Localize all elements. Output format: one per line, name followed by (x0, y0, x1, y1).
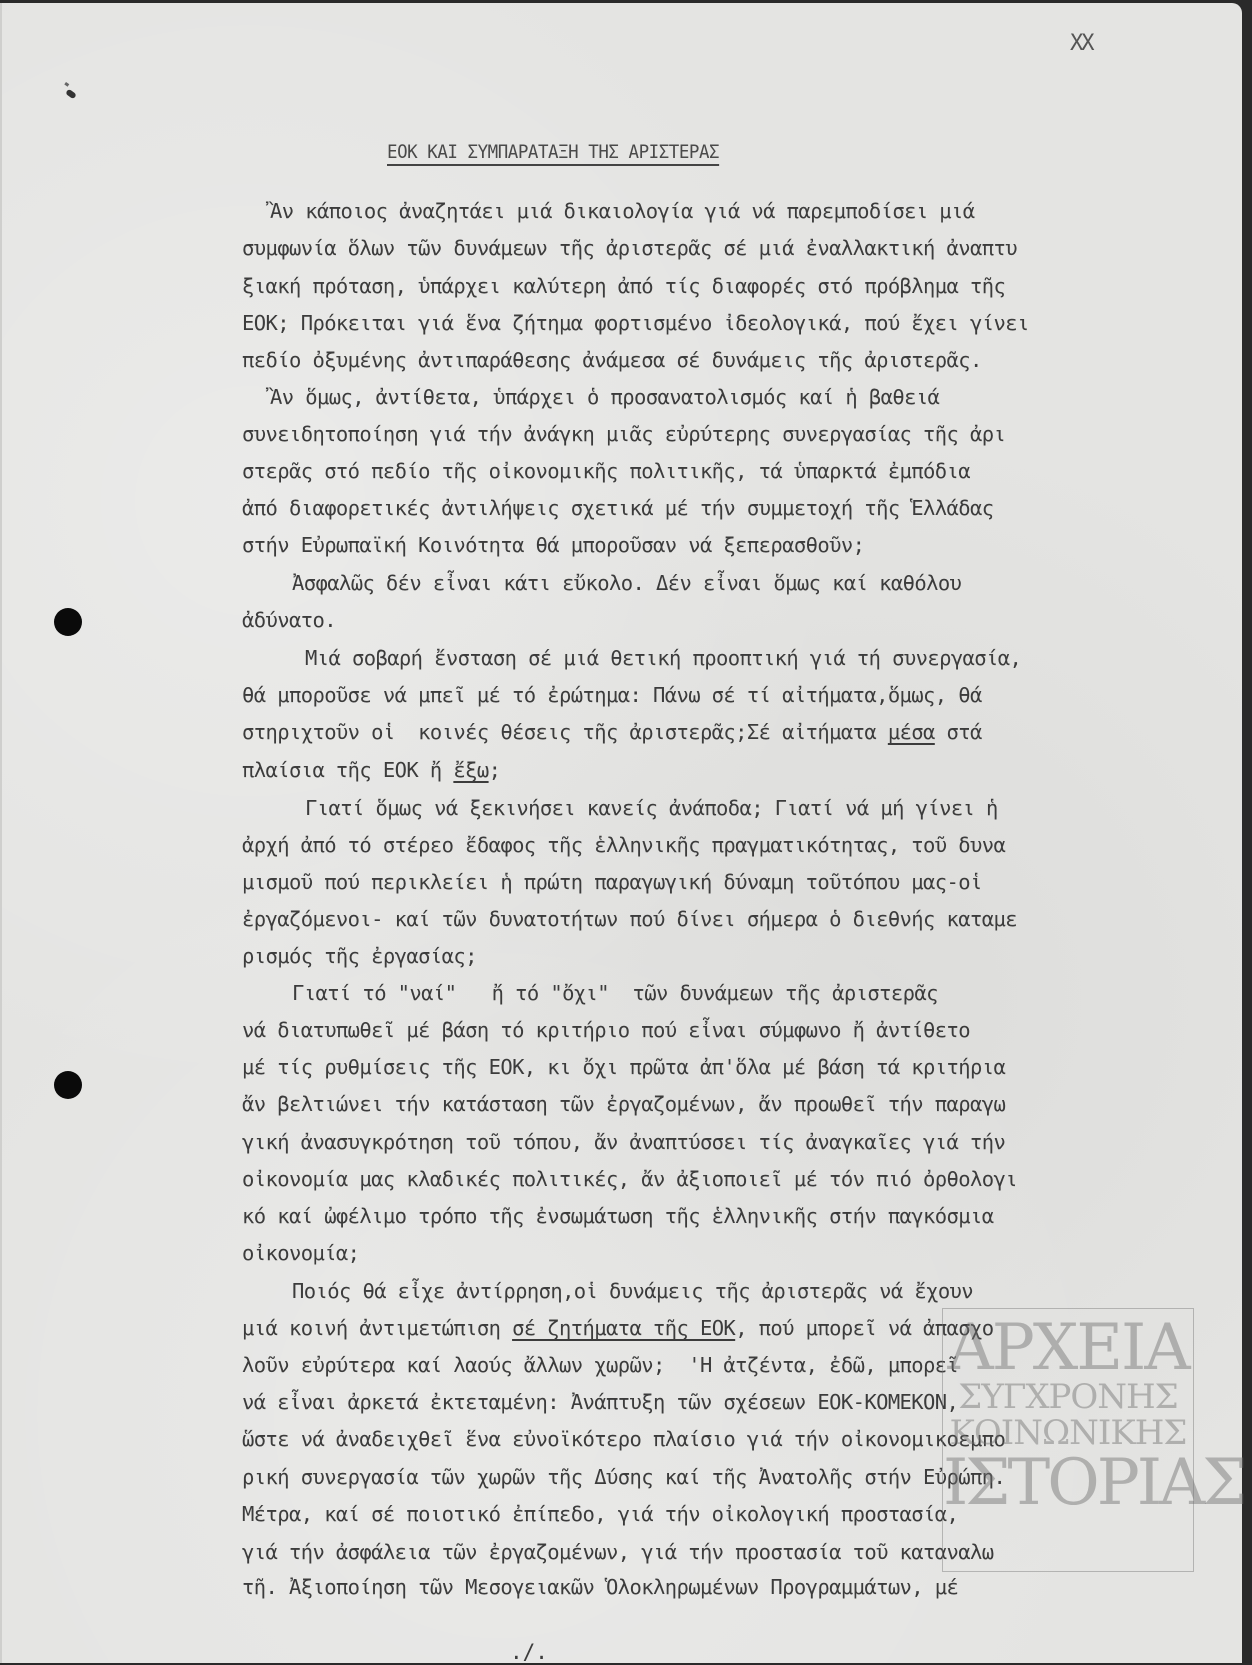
text-line: ἀπό διαφορετικές ἀντιλήψεις σχετικά μέ τ… (242, 496, 994, 520)
text-line: Ποιός θά εἶχε ἀντίρρηση,οἱ δυνάμεις τῆς … (292, 1279, 973, 1303)
text-line: ἀδύνατο. (242, 608, 336, 632)
underlined-text: ἔξω (453, 758, 488, 782)
text-line: οἰκονομία μας κλαδικές πολιτικές, ἄν ἀξι… (242, 1167, 1017, 1191)
document-title: ΕΟΚ ΚΑΙ ΣΥΜΠΑΡΑΤΑΞΗ ΤΗΣ ΑΡΙΣΤΕΡΑΣ (387, 141, 719, 166)
text-line: Ἂν ὅμως, ἀντίθετα, ὑπάρχει ὁ προσανατολι… (270, 385, 939, 409)
text-line: μισμοῦ πού περικλείει ἡ πρώτη παραγωγική… (242, 870, 982, 894)
text-line: νά εἶναι ἀρκετά ἐκτεταμένη: Ἀνάπτυξη τῶν… (242, 1390, 958, 1414)
text-line: Γιατί τό "ναί" ἤ τό "ὄχι" τῶν δυνάμεων τ… (292, 981, 938, 1005)
text-line: ὥστε νά ἀναδειχθεῖ ἕνα εὐνοϊκότερο πλαίσ… (242, 1427, 1005, 1451)
text-line: θά μποροῦσε νά μπεῖ μέ τό ἐρώτημα: Πάνω … (242, 683, 982, 707)
text-line: στερᾶς στό πεδίο τῆς οἰκονομικῆς πολιτικ… (242, 459, 970, 483)
text-line: κό καί ὠφέλιμο τρόπο τῆς ἐνσωμάτωση τῆς … (242, 1204, 994, 1228)
text-line: πλαίσια τῆς ΕΟΚ ἤ ἔξω; (242, 758, 500, 782)
document-page: XX ΕΟΚ ΚΑΙ ΣΥΜΠΑΡΑΤΑΞΗ ΤΗΣ ΑΡΙΣΤΕΡΑΣ Ἂν … (0, 3, 1242, 1663)
text-line: ΕΟΚ; Πρόκειται γιά ἕνα ζήτημα φορτισμένο… (242, 311, 1029, 335)
text-line: ρισμός τῆς ἐργασίας; (242, 944, 477, 968)
text-line: οἰκονομία; (242, 1241, 359, 1265)
underlined-text: σέ ζητήματα τῆς ΕΟΚ (512, 1316, 735, 1340)
punch-hole (54, 608, 82, 636)
text-line: τῆ. Ἀξιοποίηση τῶν Μεσογειακῶν Ὁλοκληρωμ… (242, 1575, 958, 1599)
text-line: λοῦν εὐρύτερα καί λαούς ἄλλων χωρῶν; 'Η … (242, 1353, 958, 1377)
text-line: Μιά σοβαρή ἔνσταση σέ μιά θετική προοπτι… (305, 646, 1021, 670)
text-line: Ἀσφαλῶς δέν εἶναι κάτι εὔκολο. Δέν εἶναι… (292, 571, 961, 595)
text-line: Ἂν κάποιος ἀναζητάει μιά δικαιολογία γιά… (270, 199, 975, 223)
text-line: πεδίο ὀξυμένης ἀντιπαράθεσης ἀνάμεσα σέ … (242, 348, 982, 372)
text-line: ξιακή πρόταση, ὑπάρχει καλύτερη ἀπό τίς … (242, 274, 1005, 298)
underlined-text: μέσα (888, 720, 935, 744)
text-line: ρική συνεργασία τῶν χωρῶν τῆς Δύσης καί … (242, 1465, 1005, 1489)
text-line: συνειδητοποίηση γιά τήν ἀνάγκη μιᾶς εὐρύ… (242, 422, 1005, 446)
text-line: Γιατί ὅμως νά ξεκινήσει κανείς ἀνάποδα; … (305, 796, 998, 820)
text-line: μιά κοινή ἀντιμετώπιση σέ ζητήματα τῆς Ε… (242, 1316, 994, 1340)
text-line: ἐργαζόμενοι- καί τῶν δυνατοτήτων πού δίν… (242, 907, 1017, 931)
text-line: ἀρχή ἀπό τό στέρεο ἔδαφος τῆς ἑλληνικῆς … (242, 833, 1005, 857)
page-continuation-mark: ./. (510, 1640, 548, 1664)
page-mark: XX (1070, 31, 1093, 56)
text-line: νά διατυπωθεῖ μέ βάση τό κριτήριο πού εἶ… (242, 1018, 970, 1042)
text-line: γιά τήν ἀσφάλεια τῶν ἐργαζομένων, γιά τή… (242, 1540, 994, 1564)
text-line: συμφωνία ὅλων τῶν δυνάμεων τῆς ἀριστερᾶς… (242, 236, 1017, 260)
punch-hole (54, 1071, 82, 1099)
text-line: γική ἀνασυγκρότηση τοῦ τόπου, ἄν ἀναπτύσ… (242, 1130, 1005, 1154)
watermark-line: ΣΥΓΧΡΟΝΗΣ (943, 1379, 1193, 1415)
text-line: Μέτρα, καί σέ ποιοτικό ἐπίπεδο, γιά τήν … (242, 1502, 958, 1526)
ink-mark (65, 89, 77, 100)
text-line: ἄν βελτιώνει τήν κατάσταση τῶν ἐργαζομέν… (242, 1092, 1005, 1116)
text-line: στηριχτοῦν οἱ κοινές θέσεις τῆς ἀριστερᾶ… (242, 720, 982, 744)
text-line: μέ τίς ρυθμίσεις τῆς ΕΟΚ, κι ὄχι πρῶτα ἀ… (242, 1055, 1005, 1079)
text-line: στήν Εὐρωπαϊκή Κοινότητα θά μποροῦσαν νά… (242, 533, 864, 557)
